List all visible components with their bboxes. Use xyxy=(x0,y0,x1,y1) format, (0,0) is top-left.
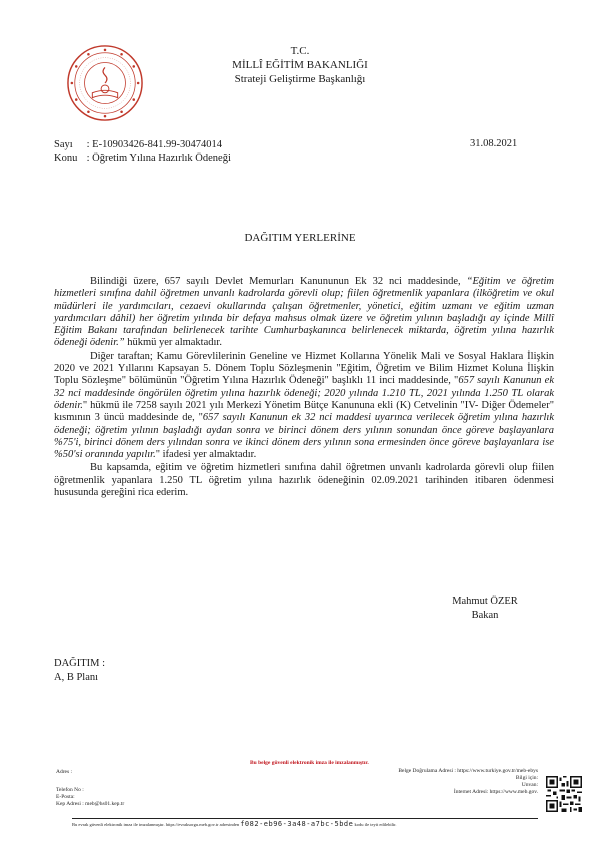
verify-suffix: kodu ile teyit edilebilir. xyxy=(355,822,397,827)
konu-label: Konu xyxy=(54,152,84,166)
document-number: Sayı : E-10903426-841.99-30474014 xyxy=(54,138,222,152)
document-date: 31.08.2021 xyxy=(470,138,517,149)
esign-note: Bu belge güvenli elektronik imza ile imz… xyxy=(250,760,369,767)
title-label: Unvan: xyxy=(330,782,538,789)
distribution-label: DAĞITIM : xyxy=(54,657,105,671)
verify-prefix: Bu evrak güvenli elektronik imza ile imz… xyxy=(72,822,239,827)
unit-title: Strateji Geliştirme Başkanlığı xyxy=(200,72,400,86)
signature-block: Mahmut ÖZER Bakan xyxy=(430,595,540,623)
paragraph-1: Bilindiği üzere, 657 sayılı Devlet Memur… xyxy=(54,276,554,350)
verify-link[interactable]: Belge Doğrulama Adresi : https://www.tur… xyxy=(330,768,538,775)
info-label: Bilgi için: xyxy=(330,775,538,782)
distribution-value: A, B Planı xyxy=(54,671,105,685)
kep-address: Kep Adresi : meb@hs01.kep.tr xyxy=(56,801,124,808)
footer-divider xyxy=(72,818,538,819)
distribution-block: DAĞITIM : A, B Planı xyxy=(54,657,105,685)
p1-text: Bilindiği üzere, 657 sayılı Devlet Memur… xyxy=(90,276,467,287)
qr-code-icon xyxy=(546,776,582,812)
konu-value: : Öğretim Yılına Hazırlık Ödeneği xyxy=(87,153,231,164)
footer-contact: Adres : Telefon No : E-Posta: Kep Adresi… xyxy=(56,769,124,808)
ministry-title: MİLLÎ EĞİTİM BAKANLIĞI xyxy=(200,58,400,72)
phone-label: Telefon No : xyxy=(56,787,124,794)
paragraph-3: Bu kapsamda, eğitim ve öğretim hizmetler… xyxy=(54,462,554,499)
footer-links: Belge Doğrulama Adresi : https://www.tur… xyxy=(330,768,538,796)
web-link[interactable]: İnternet Adresi: https://www.meb.gov. xyxy=(330,789,538,796)
ministry-seal-icon xyxy=(66,44,144,122)
verification-line: Bu evrak güvenli elektronik imza ile imz… xyxy=(72,821,538,828)
paragraph-2: Diğer taraftan; Kamu Görevlilerinin Gene… xyxy=(54,351,554,462)
signer-title: Bakan xyxy=(430,609,540,623)
p1-end: hükmü yer almaktadır. xyxy=(125,337,222,348)
document-subject: Konu : Öğretim Yılına Hazırlık Ödeneği xyxy=(54,152,231,166)
sayi-value: : E-10903426-841.99-30474014 xyxy=(87,139,222,150)
address-label: Adres : xyxy=(56,769,124,776)
email-label: E-Posta: xyxy=(56,794,124,801)
p2-end: " ifadesi yer almaktadır. xyxy=(156,449,257,460)
signer-name: Mahmut ÖZER xyxy=(430,595,540,609)
country-title: T.C. xyxy=(200,44,400,58)
verification-code: f082-eb96-3a48-a7bc-5bde xyxy=(240,820,353,828)
recipient-heading: DAĞITIM YERLERİNE xyxy=(0,232,600,244)
sayi-label: Sayı xyxy=(54,138,84,152)
letter-body: Bilindiği üzere, 657 sayılı Devlet Memur… xyxy=(54,276,554,499)
